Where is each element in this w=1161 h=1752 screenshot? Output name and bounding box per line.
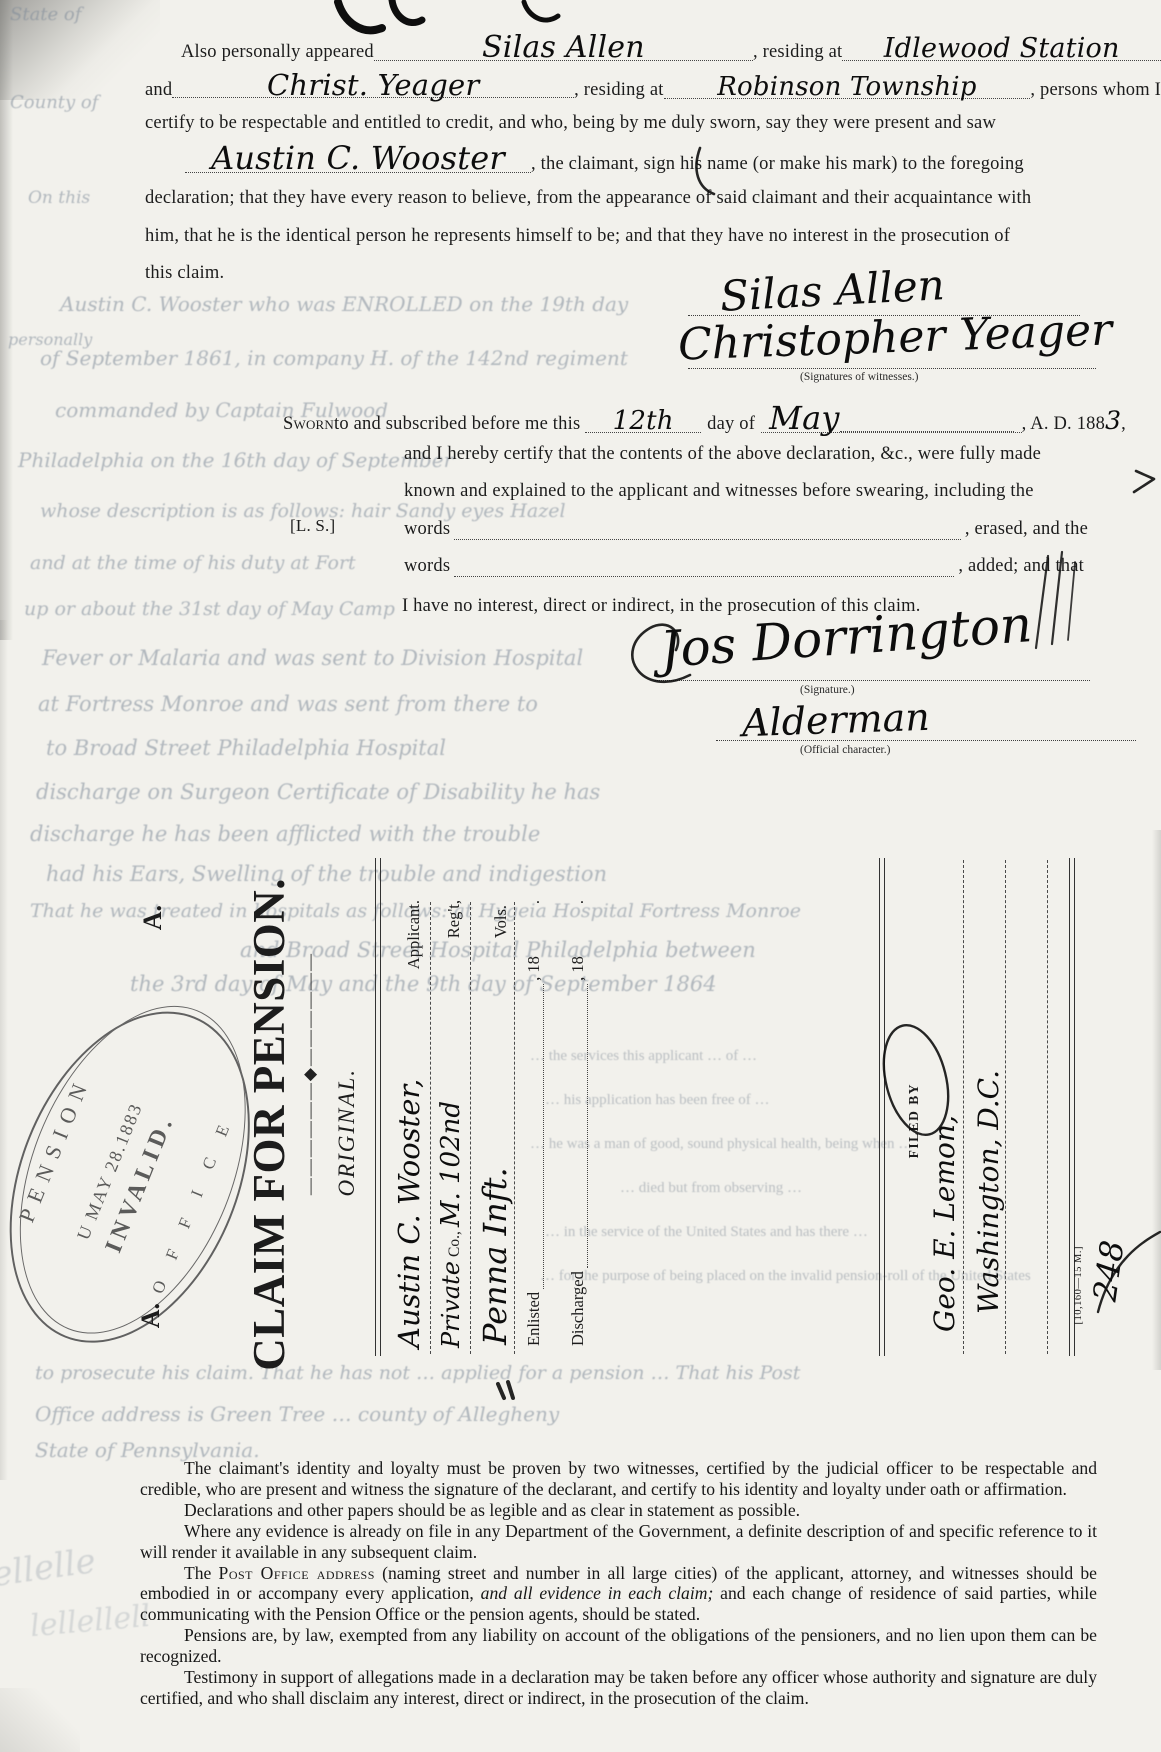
post-office-address-label: Post Office address	[219, 1563, 375, 1583]
docket-writing-rule	[514, 902, 515, 1354]
bleed-fragment: State of	[10, 4, 81, 25]
docket-company-regiment: M. 102nd	[436, 1101, 466, 1227]
docket-enlisted-line: Enlisted , 18 .	[524, 900, 544, 1346]
words-added-line: words , added; and that	[404, 556, 1084, 577]
signature-rule	[716, 739, 1136, 741]
instruction-paragraph: Where any evidence is already on file in…	[140, 1521, 1097, 1563]
bleed-line: Philadelphia on the 16th day of Septembe…	[18, 448, 453, 472]
ink-stroke-top-1	[338, 2, 382, 30]
witness-line6-text: him, that he is the identical person he …	[145, 226, 1010, 247]
docket-double-rule-mid	[879, 858, 885, 1356]
scan-edge-bottom-left	[0, 1688, 80, 1752]
bleed-line: at Fortress Monroe and was sent from the…	[38, 692, 538, 716]
form-letter-top: A.	[138, 905, 168, 930]
pension-claim-document: State of County of On this personally Au…	[0, 0, 1161, 1752]
witness-line-5: declaration; that they have every reason…	[145, 188, 1031, 209]
bleed-print-line: … died but from observing …	[620, 1180, 802, 1197]
bleed-fragment: On this	[28, 188, 90, 208]
scan-edge-left-lower	[0, 620, 8, 1480]
vols-label: Vols.	[491, 905, 511, 938]
bleed-line: and at the time of his duty at Fort	[30, 552, 356, 574]
certify-line2-text: known and explained to the applicant and…	[404, 481, 1034, 502]
witness-line-7: this claim.	[145, 263, 224, 284]
year-digit-entry: 3	[1105, 406, 1121, 435]
sworn-label: Sworn	[283, 414, 334, 435]
added-label: , added; and that	[958, 556, 1084, 577]
witness2-residence-entry: Robinson Township	[717, 77, 976, 98]
p4-pre: The	[184, 1563, 219, 1583]
bleed-print-line: … the services this applicant … of …	[530, 1048, 757, 1065]
bleed-scribble: ellelle	[0, 1541, 98, 1595]
residing-at-label: , residing at	[753, 42, 842, 63]
docket-double-rule-left	[375, 858, 381, 1356]
enlisted-label: Enlisted	[524, 1292, 544, 1346]
filer-city-line: Washington, D.C.	[972, 862, 1005, 1314]
instructions-block: The claimant's identity and loyalty must…	[140, 1458, 1097, 1709]
bleed-line: Fever or Malaria and was sent to Divisio…	[42, 646, 583, 670]
words-label: words	[404, 556, 450, 577]
discharged-label: Discharged	[568, 1271, 588, 1346]
docket-discharged-line: Discharged , 18 .	[568, 900, 588, 1346]
bleed-line: Austin C. Wooster who was ENROLLED on th…	[60, 292, 628, 316]
bleed-line: to Broad Street Philadelphia Hospital	[46, 736, 446, 760]
comma: ,	[1121, 414, 1126, 435]
instruction-paragraph: The Post Office address (naming street a…	[140, 1563, 1097, 1626]
ink-stroke-top-3	[524, 2, 558, 20]
co-label: Co.,	[446, 1227, 464, 1261]
docket-unit: Penna Inft.	[476, 1167, 514, 1345]
words-label: words	[404, 519, 450, 540]
docket-subtitle: ORIGINAL.	[334, 1068, 360, 1197]
docket-rank: Private	[437, 1261, 465, 1348]
docket-unit-line-1: Private Co., M. 102nd Reg't,	[436, 900, 466, 1348]
witness1-name-entry: Silas Allen	[482, 36, 645, 60]
bleed-line: up or about the 31st day of May Camp	[24, 598, 395, 620]
docket-writing-rule	[470, 902, 471, 1354]
instruction-paragraph: The claimant's identity and loyalty must…	[140, 1458, 1097, 1500]
witness-line4-text: , the claimant, sign his name (or make h…	[531, 154, 1024, 175]
words-erased-line: words , erased, and the	[404, 519, 1088, 540]
witness-line3-text: certify to be respectable and entitled t…	[145, 113, 996, 134]
sworn-line: Sworn to and subscribed before me this 1…	[283, 406, 1126, 435]
filer-name-line: Geo. E. Lemon,	[928, 880, 961, 1332]
signature-rule	[688, 367, 1096, 369]
official-character-caption: (Official character.)	[800, 744, 890, 756]
applicant-label: Applicant.	[404, 900, 424, 969]
erased-label: , erased, and the	[965, 519, 1088, 540]
signatures-caption: (Signatures of witnesses.)	[800, 371, 919, 383]
ls-seal-text: [L. S.]	[290, 516, 335, 536]
scan-edge-right	[1152, 830, 1161, 1370]
certify-line-2: known and explained to the applicant and…	[404, 481, 1034, 502]
witness-line-3: certify to be respectable and entitled t…	[145, 113, 996, 134]
bleed-scribble: lellellell	[29, 1599, 152, 1644]
certify-line1-text: and I hereby certify that the contents o…	[404, 444, 1041, 465]
period: .	[524, 900, 544, 904]
witness-line2-and: and	[145, 80, 172, 101]
sworn-month-entry: May	[769, 406, 840, 432]
bleed-line: discharge on Surgeon Certificate of Disa…	[36, 780, 600, 804]
bleed-print-line: … in the service of the United States an…	[545, 1224, 868, 1241]
docket-applicant-line: Austin C. Wooster, Applicant.	[392, 900, 426, 1348]
witness-line-1: Also personally appeared Silas Allen , r…	[145, 36, 1161, 63]
witness-line-6: him, that he is the identical person he …	[145, 226, 1010, 247]
official-character: Alderman	[741, 695, 930, 746]
sworn-day-entry: 12th	[613, 411, 674, 432]
ad-label: , A. D. 188	[1022, 414, 1105, 435]
witness-line1-text: Also personally appeared	[181, 42, 374, 63]
docket-writing-rule	[1005, 860, 1006, 1354]
arrow-mark-right-edge	[1134, 471, 1154, 492]
docket-writing-rule	[963, 860, 964, 1354]
filer-city: Washington, D.C.	[972, 1070, 1005, 1314]
ink-stroke-top-2	[392, 0, 422, 23]
bleed-line: Office address is Green Tree … county of…	[35, 1402, 559, 1426]
bleed-fragment: County of	[10, 92, 98, 113]
witness-line-2: and Christ. Yeager , residing at Robinso…	[145, 74, 1161, 101]
form-letter-bottom: A.	[136, 1303, 166, 1328]
docket-writing-rule	[1047, 860, 1048, 1354]
filer-name: Geo. E. Lemon,	[928, 1115, 961, 1332]
enlisted-year-prefix: , 18	[524, 956, 544, 981]
p4-italic: and all evidence in each claim;	[481, 1583, 714, 1603]
signature-rule	[655, 679, 1090, 681]
docket-unit-line-2: Penna Inft. Vols.	[476, 905, 514, 1345]
witness-line2-end: , persons whom I	[1030, 80, 1161, 101]
ink-blob-bottom	[498, 1382, 513, 1398]
certify-line-1: and I hereby certify that the contents o…	[404, 444, 1041, 465]
witness-line5-text: declaration; that they have every reason…	[145, 188, 1031, 209]
docket-title: CLAIM FOR PENSION.	[243, 878, 295, 1371]
period: .	[568, 900, 588, 904]
docket-ornament: ——————◆——————	[300, 952, 320, 1195]
docket-writing-rule	[430, 902, 431, 1354]
stamp-date-prefix: U	[73, 1221, 97, 1242]
docket-applicant-name: Austin C. Wooster,	[392, 1079, 426, 1348]
instruction-paragraph: Declarations and other papers should be …	[140, 1500, 1097, 1521]
discharged-year-prefix: , 18	[568, 956, 588, 981]
print-code: [10,160—15 M.]	[1073, 1246, 1084, 1324]
witness-line-4: Austin C. Wooster , the claimant, sign h…	[145, 146, 1161, 175]
signature-caption: (Signature.)	[800, 684, 855, 696]
docket-number-value: 248	[1085, 1238, 1131, 1304]
claimant-name-entry: Austin C. Wooster	[211, 146, 505, 172]
bleed-line: discharge he has been afflicted with the…	[30, 822, 540, 846]
day-of-label: day of	[701, 414, 761, 435]
witness-line7-text: this claim.	[145, 263, 224, 284]
docket-number: 248	[1085, 1238, 1131, 1304]
regt-label: Reg't,	[444, 900, 464, 938]
ls-seal: [L. S.]	[290, 516, 335, 536]
bleed-line: of September 1861, in company H. of the …	[40, 346, 628, 370]
instruction-paragraph: Testimony in support of allegations made…	[140, 1667, 1097, 1709]
residing-at-label: , residing at	[574, 80, 663, 101]
bleed-line: had his Ears, Swelling of the trouble an…	[46, 862, 607, 886]
filed-by-label: FILED BY	[906, 1083, 922, 1158]
witness1-residence-entry: Idlewood Station	[884, 38, 1120, 60]
instruction-paragraph: Pensions are, by law, exempted from any …	[140, 1625, 1097, 1667]
sworn-text: to and subscribed before me this	[334, 414, 580, 435]
witness2-name-entry: Christ. Yeager	[267, 74, 479, 97]
